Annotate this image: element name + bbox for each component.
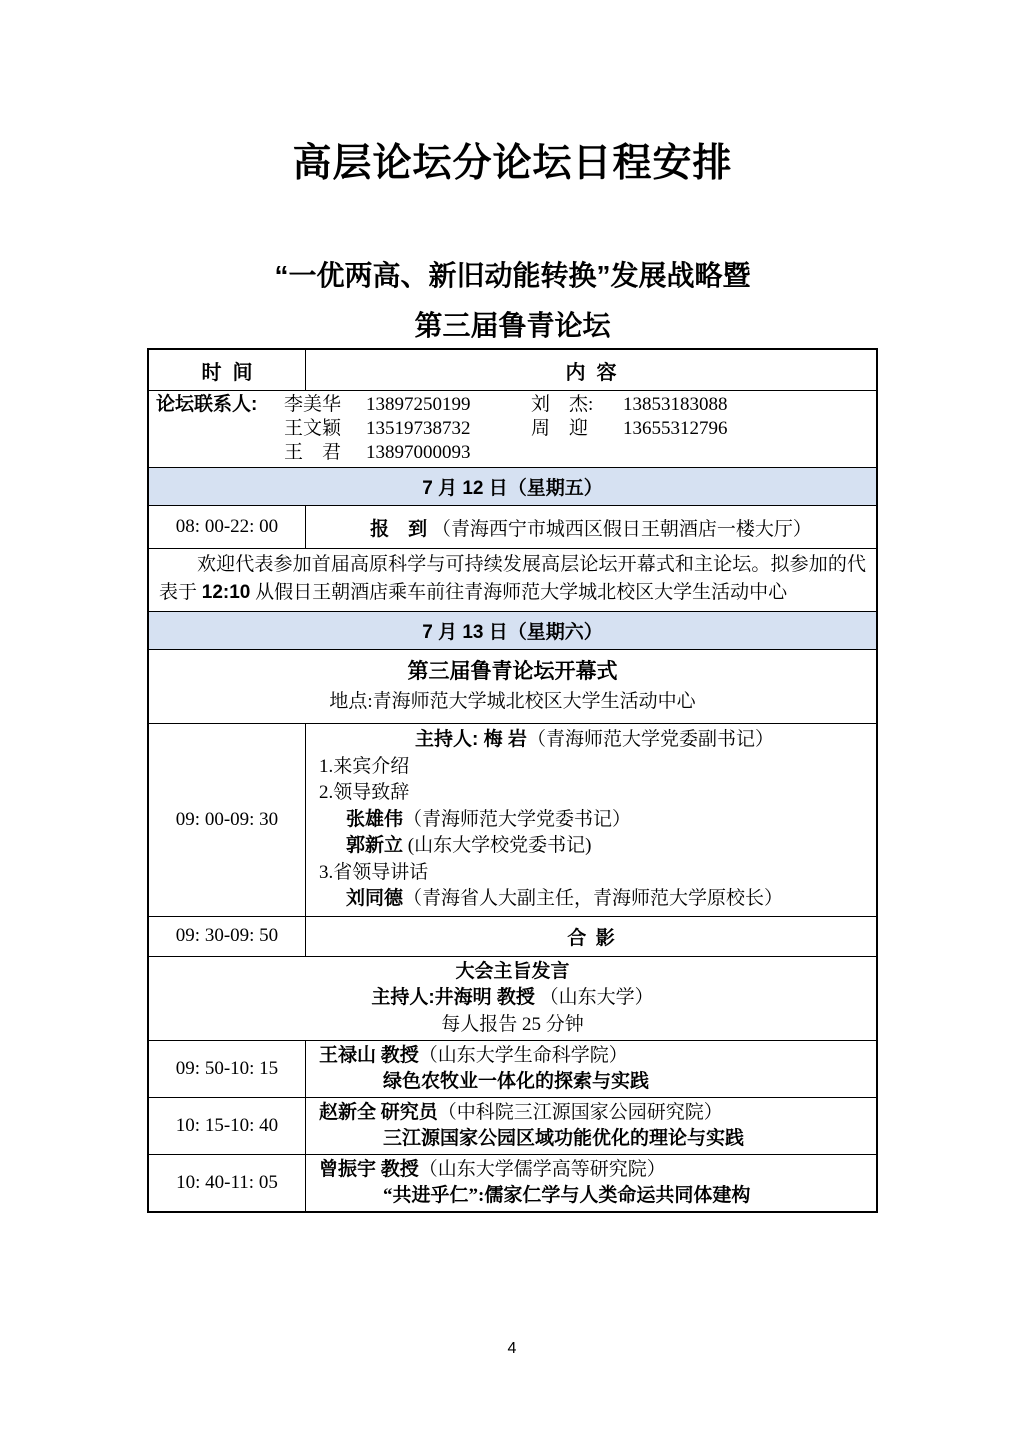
speaker-detail: (山东大学校党委书记) xyxy=(403,835,591,856)
keynote-title: 大会主旨发言 xyxy=(149,959,876,986)
checkin-content: 报 到 （青海西宁市城西区假日王朝酒店一楼大厅） xyxy=(306,506,876,548)
contact-phone: 13897250199 xyxy=(366,393,531,417)
time-cell: 08: 00-22: 00 xyxy=(149,506,306,548)
contact-phone: 13519738732 xyxy=(366,417,531,441)
talk-row: 10: 15-10: 40 赵新全 研究员（中科院三江源国家公园研究院） 三江源… xyxy=(149,1097,876,1154)
talk-speaker: 曾振宇 教授 xyxy=(319,1159,419,1180)
session-speaker-line: 郭新立 (山东大学校党委书记) xyxy=(319,833,870,860)
speaker-detail: （青海省人大副主任，青海师范大学原校长） xyxy=(403,888,783,909)
talk-content: 王禄山 教授（山东大学生命科学院） 绿色农牧业一体化的探索与实践 xyxy=(306,1041,876,1097)
content-column-header: 内 容 xyxy=(306,350,876,390)
session-item: 1.来宾介绍 xyxy=(319,754,870,781)
keynote-host-detail: （山东大学） xyxy=(535,987,654,1008)
schedule-table: 时 间 内 容 论坛联系人: 李美华 13897250199 刘 杰: 1385… xyxy=(147,348,878,1213)
contact-name: 王文颖 xyxy=(284,417,366,441)
contacts-label: 论坛联系人: xyxy=(156,393,284,417)
photo-row: 09: 30-09: 50 合 影 xyxy=(149,916,876,956)
contact-name: 周 迎 xyxy=(531,417,623,441)
notice-text: 欢迎代表参加首届高原科学与可持续发展高层论坛开幕式和主论坛。拟参加的代表于 12… xyxy=(159,551,866,607)
time-cell: 09: 00-09: 30 xyxy=(149,724,306,916)
keynote-host: 主持人:井海明 教授 xyxy=(371,987,535,1008)
keynote-header-row: 大会主旨发言 主持人:井海明 教授 （山东大学） 每人报告 25 分钟 xyxy=(149,956,876,1041)
time-cell: 10: 15-10: 40 xyxy=(149,1098,306,1154)
notice-row: 欢迎代表参加首届高原科学与可持续发展高层论坛开幕式和主论坛。拟参加的代表于 12… xyxy=(149,548,876,611)
talk-speaker-line: 王禄山 教授（山东大学生命科学院） xyxy=(319,1043,870,1069)
opening-ceremony-row: 第三届鲁青论坛开幕式 地点:青海师范大学城北校区大学生活动中心 xyxy=(149,649,876,723)
page-title: 高层论坛分论坛日程安排 xyxy=(147,140,878,188)
contact-phone: 13853183088 xyxy=(623,393,876,417)
contact-line: 王文颖 13519738732 周 迎 13655312796 xyxy=(156,417,876,441)
document-page: 高层论坛分论坛日程安排 “一优两高、新旧动能转换”发展战略暨 第三届鲁青论坛 时… xyxy=(0,0,1024,1448)
session-host-detail: （青海师范大学党委副书记） xyxy=(527,729,774,750)
talk-content: 赵新全 研究员（中科院三江源国家公园研究院） 三江源国家公园区域功能优化的理论与… xyxy=(306,1098,876,1154)
keynote-note: 每人报告 25 分钟 xyxy=(149,1012,876,1039)
opening-title: 第三届鲁青论坛开幕式 xyxy=(149,656,876,688)
contact-name: 李美华 xyxy=(284,393,366,417)
speaker-detail: （青海师范大学党委书记） xyxy=(403,809,631,830)
session-speaker-line: 张雄伟（青海师范大学党委书记） xyxy=(319,807,870,834)
notice-part2: 从假日王朝酒店乘车前往青海师范大学城北校区大学生活动中心 xyxy=(250,582,787,603)
checkin-detail: （青海西宁市城西区假日王朝酒店一楼大厅） xyxy=(427,514,812,541)
session-item: 2.领导致辞 xyxy=(319,780,870,807)
session-content: 主持人: 梅 岩（青海师范大学党委副书记） 1.来宾介绍 2.领导致辞 张雄伟（… xyxy=(306,724,876,916)
talk-speaker: 赵新全 研究员 xyxy=(319,1102,438,1123)
time-cell: 10: 40-11: 05 xyxy=(149,1155,306,1211)
contact-line: 王 君 13897000093 xyxy=(156,441,876,465)
contact-name: 刘 杰: xyxy=(531,393,623,417)
talk-row: 10: 40-11: 05 曾振宇 教授（山东大学儒学高等研究院） “共进乎仁”… xyxy=(149,1154,876,1211)
session-host-label: 主持人: 梅 岩 xyxy=(415,729,527,750)
talk-speaker-line: 赵新全 研究员（中科院三江源国家公园研究院） xyxy=(319,1100,870,1126)
day-header-row-jul13: 7 月 13 日（星期六） xyxy=(149,611,876,649)
keynote-host-line: 主持人:井海明 教授 （山东大学） xyxy=(149,985,876,1012)
talk-affiliation: （山东大学儒学高等研究院） xyxy=(419,1159,666,1180)
talk-affiliation: （中科院三江源国家公园研究院） xyxy=(438,1102,723,1123)
talk-speaker: 王禄山 教授 xyxy=(319,1045,419,1066)
speaker-name: 刘同德 xyxy=(346,888,403,909)
checkin-label: 报 到 xyxy=(370,514,427,541)
photo-content: 合 影 xyxy=(306,917,876,956)
day-header-row-jul12: 7 月 12 日（星期五） xyxy=(149,467,876,505)
session-host-line: 主持人: 梅 岩（青海师范大学党委副书记） xyxy=(319,727,870,754)
opening-location: 地点:青海师范大学城北校区大学生活动中心 xyxy=(149,688,876,716)
keynote-content: 大会主旨发言 主持人:井海明 教授 （山东大学） 每人报告 25 分钟 xyxy=(149,959,876,1039)
session-row-0900: 09: 00-09: 30 主持人: 梅 岩（青海师范大学党委副书记） 1.来宾… xyxy=(149,723,876,916)
speaker-name: 张雄伟 xyxy=(346,809,403,830)
contact-name: 王 君 xyxy=(284,441,366,465)
checkin-row: 08: 00-22: 00 报 到 （青海西宁市城西区假日王朝酒店一楼大厅） xyxy=(149,505,876,548)
talk-title: 三江源国家公园区域功能优化的理论与实践 xyxy=(319,1126,870,1152)
page-number: 4 xyxy=(0,1340,1024,1358)
contact-spacer xyxy=(156,417,284,441)
time-cell: 09: 30-09: 50 xyxy=(149,917,306,956)
contact-spacer xyxy=(156,441,284,465)
contacts-row: 论坛联系人: 李美华 13897250199 刘 杰: 13853183088 … xyxy=(149,390,876,467)
talk-title: 绿色农牧业一体化的探索与实践 xyxy=(319,1069,870,1095)
speaker-name: 郭新立 xyxy=(346,835,403,856)
forum-subtitle-line1: “一优两高、新旧动能转换”发展战略暨 xyxy=(147,258,878,294)
session-speaker-line: 刘同德（青海省人大副主任，青海师范大学原校长） xyxy=(319,886,870,913)
talk-row: 09: 50-10: 15 王禄山 教授（山东大学生命科学院） 绿色农牧业一体化… xyxy=(149,1040,876,1097)
table-header-row: 时 间 内 容 xyxy=(149,350,876,390)
notice-time: 12:10 xyxy=(202,582,251,603)
opening-content: 第三届鲁青论坛开幕式 地点:青海师范大学城北校区大学生活动中心 xyxy=(149,656,876,719)
talk-affiliation: （山东大学生命科学院） xyxy=(419,1045,628,1066)
session-item: 3.省领导讲话 xyxy=(319,860,870,887)
document-content: 高层论坛分论坛日程安排 “一优两高、新旧动能转换”发展战略暨 第三届鲁青论坛 时… xyxy=(147,0,878,1213)
time-column-header: 时 间 xyxy=(149,350,306,390)
talk-speaker-line: 曾振宇 教授（山东大学儒学高等研究院） xyxy=(319,1157,870,1183)
contact-line: 论坛联系人: 李美华 13897250199 刘 杰: 13853183088 xyxy=(156,393,876,417)
talk-title: “共进乎仁”:儒家仁学与人类命运共同体建构 xyxy=(319,1183,870,1209)
contact-phone: 13655312796 xyxy=(623,417,876,441)
time-cell: 09: 50-10: 15 xyxy=(149,1041,306,1097)
forum-subtitle-line2: 第三届鲁青论坛 xyxy=(147,308,878,344)
contact-phone: 13897000093 xyxy=(366,441,531,465)
talk-content: 曾振宇 教授（山东大学儒学高等研究院） “共进乎仁”:儒家仁学与人类命运共同体建… xyxy=(306,1155,876,1211)
